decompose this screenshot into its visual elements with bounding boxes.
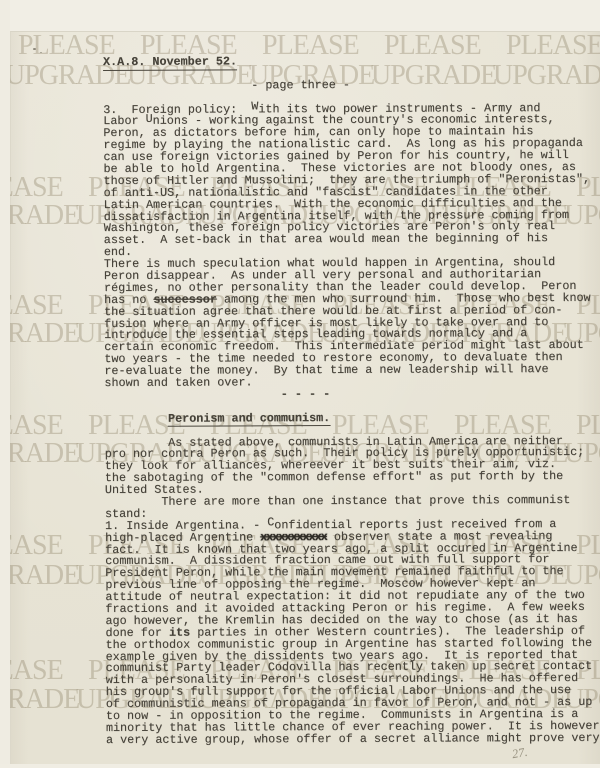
watermark-word: UPGRADE (0, 684, 76, 716)
scan-speck (40, 52, 42, 53)
watermark-word: PLEASE (0, 655, 88, 687)
scanner-background-top (0, 0, 600, 31)
text-line: There are more than one instance that pr… (105, 495, 599, 509)
scanner-background-left (0, 0, 10, 768)
text-line: asset. A set-back in that area would mea… (104, 233, 598, 247)
watermark-word: PLEASE (0, 530, 88, 562)
u-head-text: Peronism and communism. (168, 411, 330, 427)
text-segment: - page three - (103, 78, 350, 93)
text-segment (105, 411, 169, 425)
text-segment (104, 387, 280, 402)
scanned-document-page: PLEASEPLEASEPLEASEPLEASEPLEASEPLEASEUPGR… (0, 0, 600, 768)
watermark-word: UPGRADE (0, 560, 76, 592)
scan-speck (33, 48, 36, 50)
watermark-word: UPGRADE (0, 438, 76, 470)
raised-text: C (267, 515, 274, 529)
raised-text: U (146, 112, 153, 126)
watermark-word: UPGRADE (0, 318, 76, 350)
document-text: X.A.8. November 52. - page three -3. For… (103, 55, 600, 747)
handwritten-page-number: 27. (511, 745, 529, 762)
bold-text: - - - - (281, 387, 330, 401)
watermark-word: UPGRADE (0, 200, 76, 232)
scanner-background-bottom (0, 764, 600, 768)
raised-text: W (251, 99, 258, 113)
u-head-text: X.A.8. November 52. (103, 54, 237, 70)
